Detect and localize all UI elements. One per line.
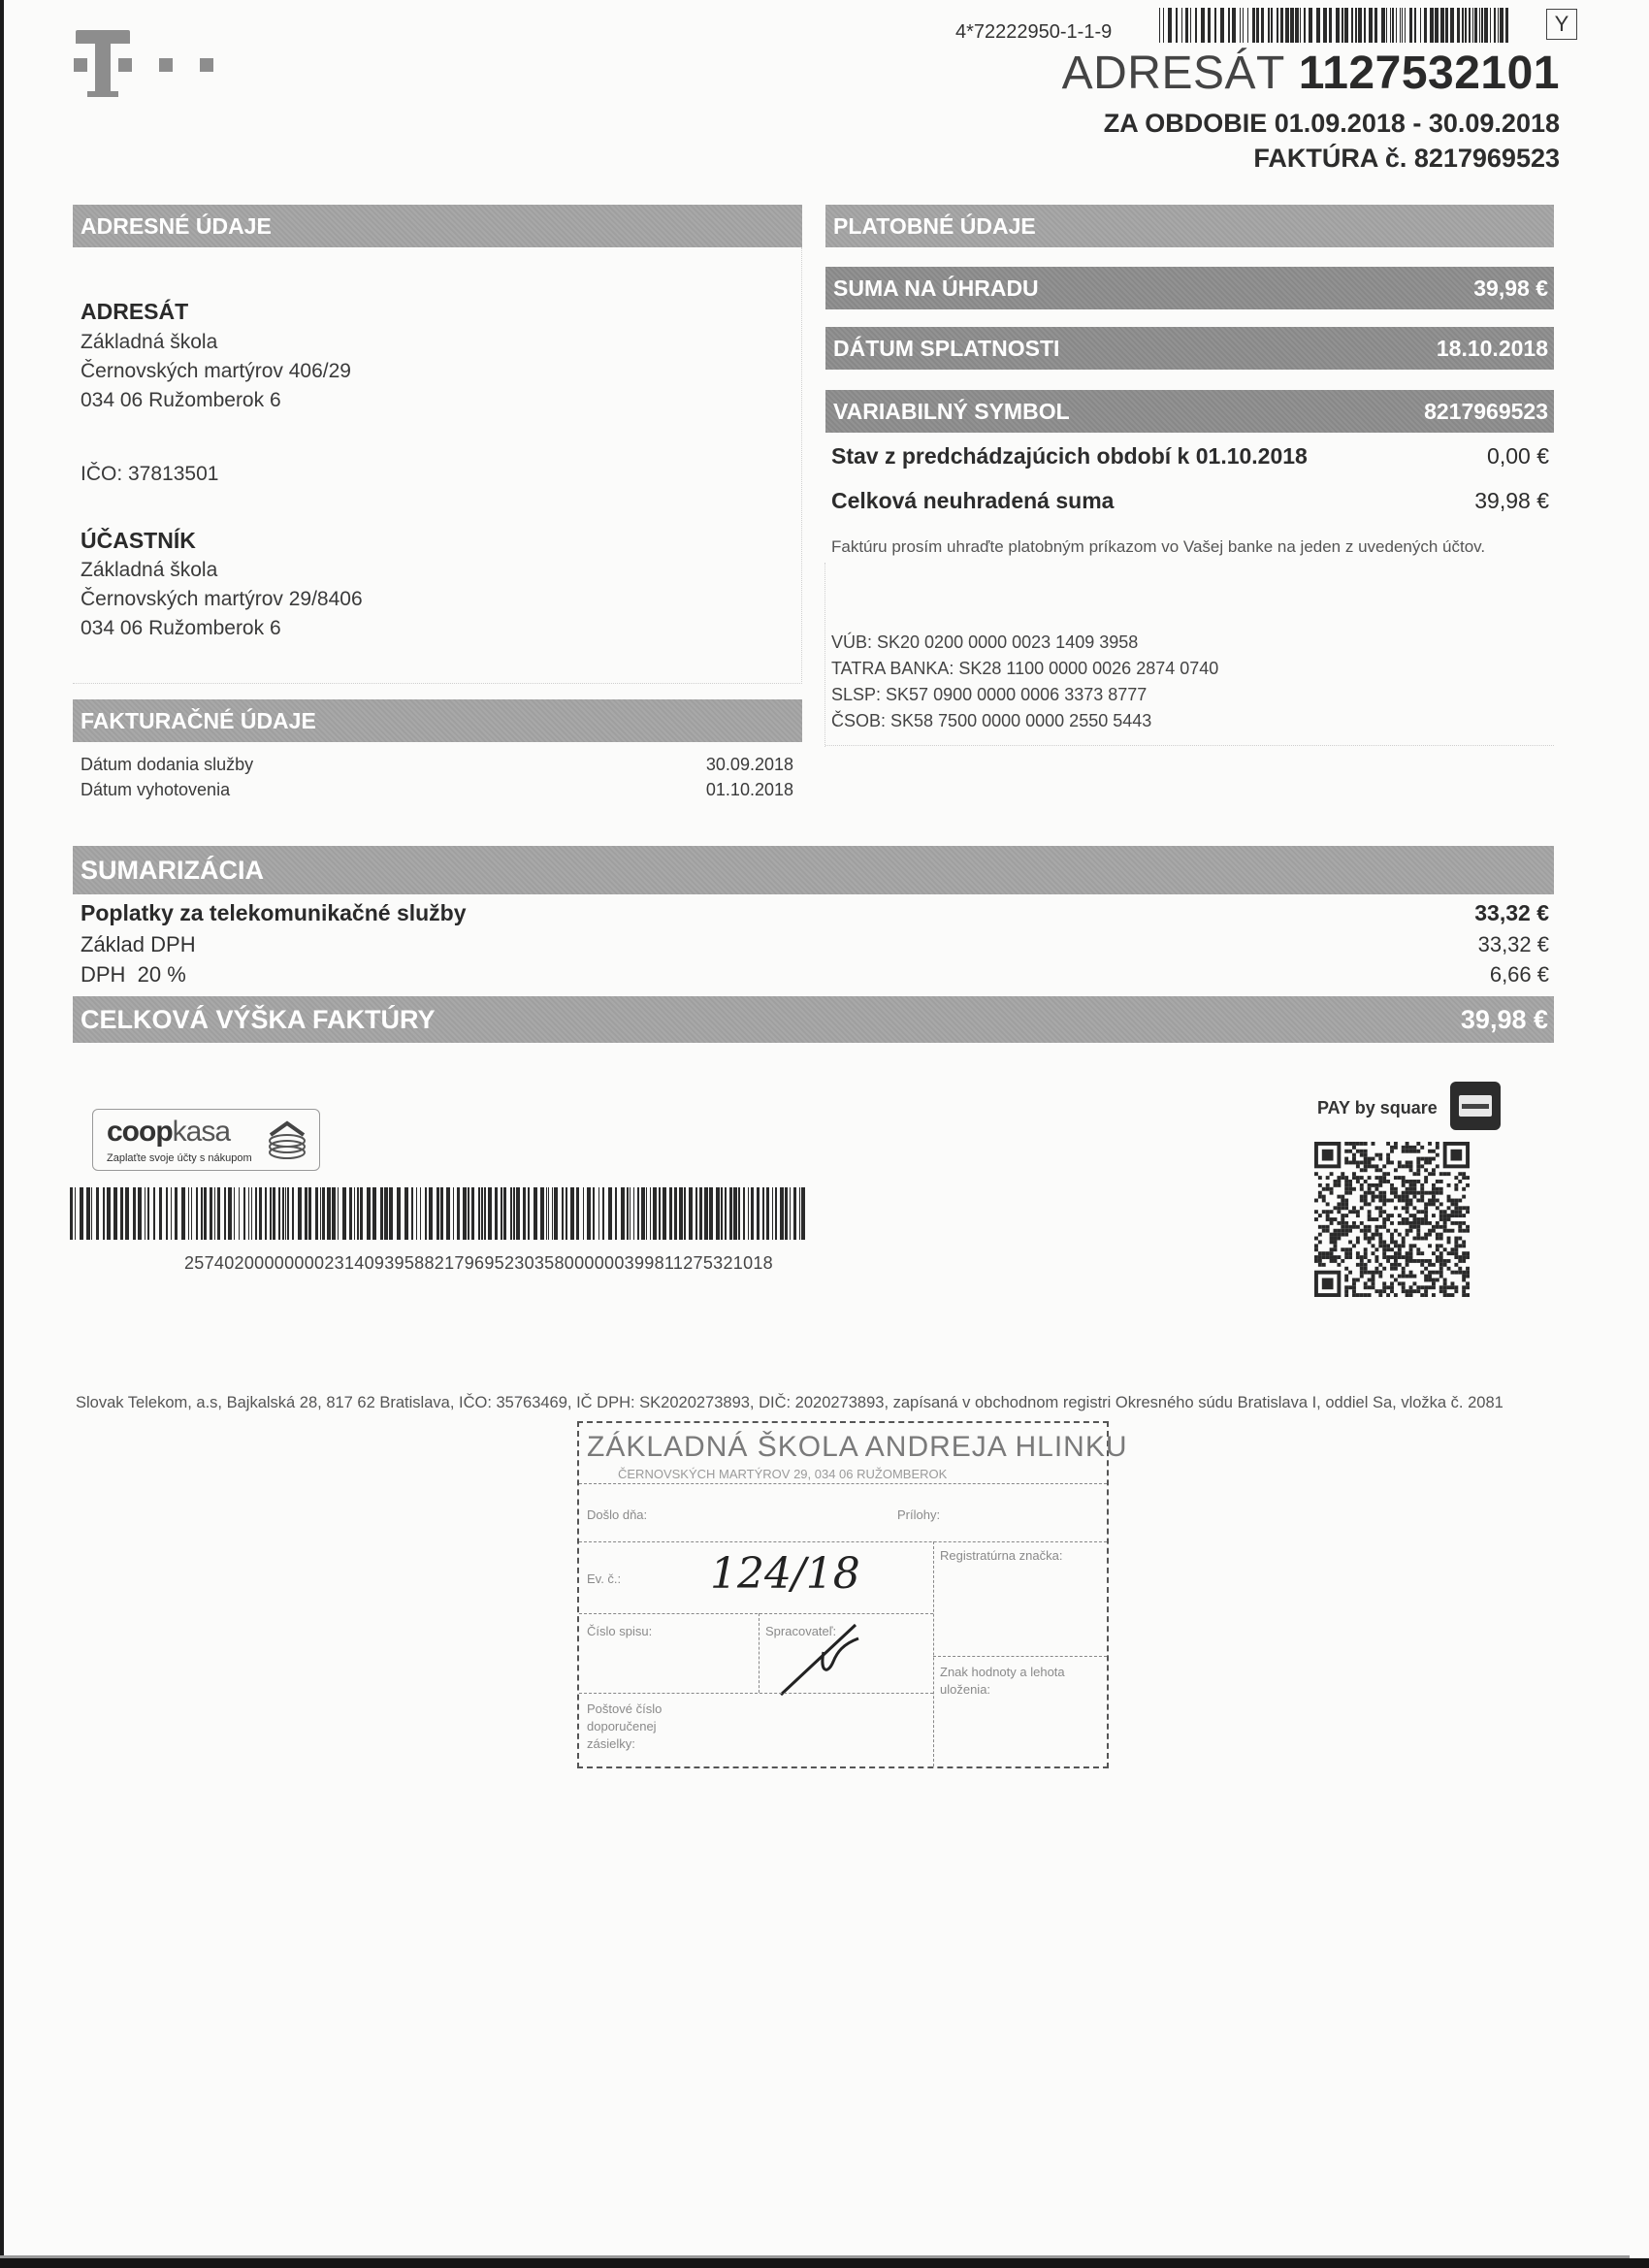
amount-due-bar: SUMA NA ÚHRADU 39,98 € [825, 267, 1554, 309]
participant-line: 034 06 Ružomberok 6 [81, 617, 281, 640]
section-header-payment: PLATOBNÉ ÚDAJE [825, 205, 1554, 247]
summary-row-vat: DPH 20 % 6,66 € [81, 962, 1549, 988]
summary-label: Základ DPH [81, 932, 196, 956]
summary-label: DPH 20 % [81, 962, 186, 987]
variable-symbol-value: 8217969523 [1424, 390, 1548, 433]
billing-label: Dátum dodania služby [81, 755, 253, 774]
section-header-summary: SUMARIZÁCIA [73, 846, 1554, 894]
divider [73, 683, 802, 684]
payment-barcode-number: 2574020000000023140939588217969523035800… [184, 1253, 773, 1274]
scan-edge [0, 0, 4, 2268]
kasa-brand-text: kasa [173, 1116, 230, 1148]
record-number-label: Ev. č.: [587, 1571, 621, 1588]
received-label: Došlo dňa: [587, 1507, 647, 1524]
billing-value: 30.09.2018 [706, 755, 793, 775]
summary-value: 33,32 € [1474, 900, 1549, 926]
stamp-address: ČERNOVSKÝCH MARTÝROV 29, 034 06 RUŽOMBER… [618, 1467, 947, 1481]
company-footer: Slovak Telekom, a.s, Bajkalská 28, 817 6… [76, 1394, 1503, 1412]
stamp-school-name: ZÁKLADNÁ ŠKOLA ANDREJA HLINKU [587, 1431, 1101, 1464]
signature-icon [763, 1613, 880, 1701]
summary-value: 33,32 € [1478, 932, 1549, 957]
bank-account: SLSP: SK57 0900 0000 0006 3373 8777 [831, 685, 1147, 705]
coop-kasa-logo: coopkasa Zaplaťte svoje účty s nákupom [92, 1109, 320, 1171]
routing-barcode [1159, 8, 1508, 43]
recipient-number-heading: ADRESÁT 1127532101 [1062, 47, 1560, 100]
bank-account: ČSOB: SK58 7500 0000 0000 2550 5443 [831, 711, 1151, 731]
recipient-number: 1127532101 [1299, 48, 1560, 99]
retention-label: Znak hodnoty a lehota uloženia: [940, 1664, 1066, 1699]
attachments-label: Prílohy: [897, 1507, 940, 1524]
recipient-heading: ADRESÁT [81, 299, 188, 325]
pay-by-square-qr-code [1314, 1142, 1474, 1297]
divider [824, 563, 825, 747]
amount-due-value: 39,98 € [1473, 267, 1548, 309]
invoice-total-label: CELKOVÁ VÝŠKA FAKTÚRY [81, 1005, 436, 1034]
pay-by-square-label: PAY by square [1317, 1098, 1438, 1118]
recipient-line: Základná škola [81, 331, 217, 354]
bank-account: TATRA BANKA: SK28 1100 0000 0026 2874 07… [831, 659, 1218, 679]
previous-balance-label: Stav z predchádzajúcich období k 01.10.2… [831, 443, 1308, 469]
divider [825, 745, 1554, 746]
invoice-number: FAKTÚRA č. 8217969523 [1253, 144, 1560, 174]
bank-account: VÚB: SK20 0200 0000 0023 1409 3958 [831, 632, 1138, 653]
file-number-label: Číslo spisu: [587, 1623, 652, 1640]
summary-label: Poplatky za telekomunikačné služby [81, 900, 467, 925]
previous-balance-row: Stav z predchádzajúcich období k 01.10.2… [831, 443, 1549, 470]
participant-heading: ÚČASTNÍK [81, 528, 196, 554]
coop-brand-text: coop [107, 1116, 173, 1148]
amount-due-label: SUMA NA ÚHRADU [833, 275, 1039, 301]
recipient-label: ADRESÁT [1062, 48, 1285, 99]
reference-code: 4*72222950-1-1-9 [955, 21, 1112, 44]
coins-icon [265, 1118, 309, 1162]
summary-row-telecom-fees: Poplatky za telekomunikačné služby 33,32… [81, 900, 1549, 926]
previous-balance-value: 0,00 € [1487, 443, 1549, 470]
record-number-handwritten: 124/18 [710, 1549, 860, 1599]
total-unpaid-value: 39,98 € [1474, 488, 1549, 514]
due-date-value: 18.10.2018 [1437, 327, 1548, 370]
postal-number-label: Poštové číslo doporučenej zásielky: [587, 1701, 694, 1753]
billing-row-delivery-date: Dátum dodania služby 30.09.2018 [81, 755, 793, 775]
section-header-address: ADRESNÉ ÚDAJE [73, 205, 802, 247]
registry-stamp: ZÁKLADNÁ ŠKOLA ANDREJA HLINKU ČERNOVSKÝC… [577, 1421, 1109, 1768]
participant-line: Základná škola [81, 559, 217, 582]
coop-kasa-tagline: Zaplaťte svoje účty s nákupom [107, 1152, 252, 1164]
payment-note: Faktúru prosím uhraďte platobným príkazo… [831, 537, 1485, 557]
invoice-total-bar: CELKOVÁ VÝŠKA FAKTÚRY 39,98 € [73, 996, 1554, 1043]
section-header-billing: FAKTURAČNÉ ÚDAJE [73, 699, 802, 742]
billing-row-issue-date: Dátum vyhotovenia 01.10.2018 [81, 780, 793, 800]
billing-value: 01.10.2018 [706, 780, 793, 800]
recipient-ico: IČO: 37813501 [81, 463, 218, 486]
total-unpaid-label: Celková neuhradená suma [831, 488, 1114, 513]
total-unpaid-row: Celková neuhradená suma 39,98 € [831, 488, 1549, 514]
y-marker: Y [1546, 9, 1577, 40]
divider [801, 247, 802, 684]
due-date-bar: DÁTUM SPLATNOSTI 18.10.2018 [825, 327, 1554, 370]
billing-label: Dátum vyhotovenia [81, 780, 230, 799]
summary-row-vat-base: Základ DPH 33,32 € [81, 932, 1549, 957]
pay-by-square-icon [1450, 1082, 1501, 1130]
payment-barcode [70, 1187, 807, 1240]
variable-symbol-label: VARIABILNÝ SYMBOL [833, 399, 1070, 424]
summary-value: 6,66 € [1490, 962, 1549, 988]
recipient-line: 034 06 Ružomberok 6 [81, 389, 281, 412]
recipient-line: Černovských martýrov 406/29 [81, 360, 351, 383]
telekom-logo-icon [74, 27, 229, 99]
due-date-label: DÁTUM SPLATNOSTI [833, 336, 1059, 361]
variable-symbol-bar: VARIABILNÝ SYMBOL 8217969523 [825, 390, 1554, 433]
billing-period: ZA OBDOBIE 01.09.2018 - 30.09.2018 [1104, 109, 1560, 139]
registry-mark-label: Registratúrna značka: [940, 1547, 1105, 1565]
coop-kasa-brand: coopkasa [107, 1116, 230, 1149]
scan-edge [0, 2258, 1649, 2268]
participant-line: Černovských martýrov 29/8406 [81, 588, 363, 611]
invoice-total-value: 39,98 € [1461, 996, 1548, 1043]
